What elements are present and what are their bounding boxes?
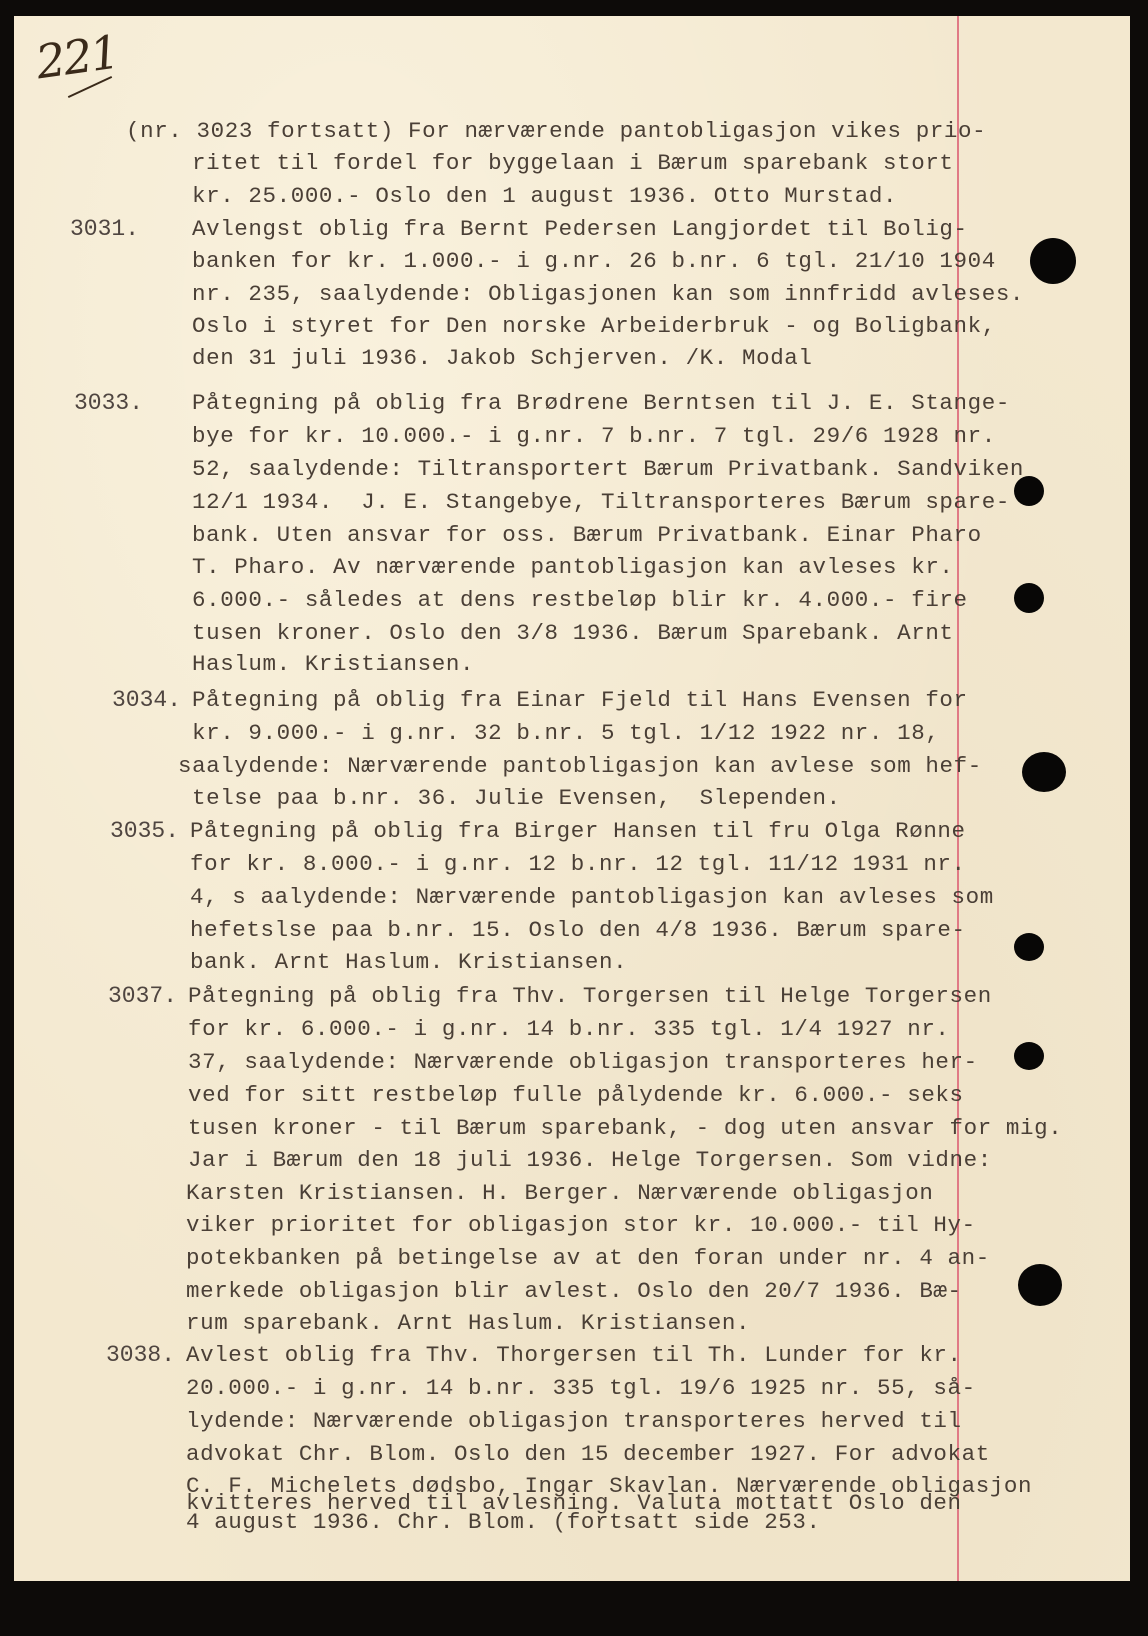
text-line: for kr. 6.000.- i g.nr. 14 b.nr. 335 tgl… [188,1016,950,1042]
text-line: bank. Uten ansvar for oss. Bærum Privatb… [192,522,982,548]
text-line: ritet til fordel for byggelaan i Bærum s… [192,150,954,176]
text-line: kr. 9.000.- i g.nr. 32 b.nr. 5 tgl. 1/12… [192,720,939,746]
text-line: Avlest oblig fra Thv. Thorgersen til Th.… [186,1342,962,1368]
text-line: 20.000.- i g.nr. 14 b.nr. 335 tgl. 19/6 … [186,1375,976,1401]
punch-hole [1022,752,1066,792]
entry-number: 3031. [70,216,139,242]
text-line: rum sparebank. Arnt Haslum. Kristiansen. [186,1310,750,1336]
text-line: telse paa b.nr. 36. Julie Evensen, Slepe… [192,785,841,811]
punch-hole [1018,1264,1062,1306]
text-line: for kr. 8.000.- i g.nr. 12 b.nr. 12 tgl.… [190,851,966,877]
text-line: tusen kroner. Oslo den 3/8 1936. Bærum S… [192,620,954,646]
text-line: 6.000.- således at dens restbeløp blir k… [192,587,968,613]
text-line: (nr. 3023 fortsatt) For nærværende panto… [126,118,986,144]
entry-number: 3035. [110,818,179,844]
text-line: banken for kr. 1.000.- i g.nr. 26 b.nr. … [192,248,996,274]
text-line: T. Pharo. Av nærværende pantobligasjon k… [192,554,954,580]
text-line: Avlengst oblig fra Bernt Pedersen Langjo… [192,216,968,242]
text-line: Karsten Kristiansen. H. Berger. Nærværen… [186,1180,933,1206]
text-line: Jar i Bærum den 18 juli 1936. Helge Torg… [188,1147,992,1173]
text-line: tusen kroner - til Bærum sparebank, - do… [188,1115,1062,1141]
text-line: potekbanken på betingelse av at den fora… [186,1245,990,1271]
text-line: Påtegning på oblig fra Brødrene Berntsen… [192,390,1010,416]
text-line: bank. Arnt Haslum. Kristiansen. [190,949,627,975]
entry-number: 3034. [112,687,181,713]
text-line: 12/1 1934. J. E. Stangebye, Tiltransport… [192,489,1010,515]
punch-hole [1014,476,1044,506]
text-line: Påtegning på oblig fra Thv. Torgersen ti… [188,983,992,1009]
text-line: 52, saalydende: Tiltransportert Bærum Pr… [192,456,1024,482]
entry-number: 3037. [108,983,177,1009]
text-line: Haslum. Kristiansen. [192,651,474,677]
entry-number: 3033. [74,390,143,416]
text-line: bye for kr. 10.000.- i g.nr. 7 b.nr. 7 t… [192,423,996,449]
text-line: 4, s aalydende: Nærværende pantobligasjo… [190,884,994,910]
text-line: Påtegning på oblig fra Einar Fjeld til H… [192,687,968,713]
text-line: 37, saalydende: Nærværende obligasjon tr… [188,1049,978,1075]
text-line: lydende: Nærværende obligasjon transport… [186,1408,962,1434]
text-line: hefetslse paa b.nr. 15. Oslo den 4/8 193… [190,917,966,943]
text-line: kr. 25.000.- Oslo den 1 august 1936. Ott… [192,183,897,209]
punch-hole [1030,238,1076,284]
text-line: 4 august 1936. Chr. Blom. (fortsatt side… [186,1509,821,1535]
text-line: advokat Chr. Blom. Oslo den 15 december … [186,1441,990,1467]
text-line: merkede obligasjon blir avlest. Oslo den… [186,1278,962,1304]
text-line: ved for sitt restbeløp fulle pålydende k… [188,1082,964,1108]
text-line: viker prioritet for obligasjon stor kr. … [186,1212,976,1238]
text-line: Påtegning på oblig fra Birger Hansen til… [190,818,966,844]
text-line: saalydende: Nærværende pantobligasjon ka… [178,753,982,779]
punch-hole [1014,1042,1044,1070]
punch-hole [1014,933,1044,961]
text-line: nr. 235, saalydende: Obligasjonen kan so… [192,281,1024,307]
text-line: Oslo i styret for Den norske Arbeiderbru… [192,313,996,339]
document-page: 221 (nr. 3023 fortsatt) For nærværende p… [14,16,1130,1581]
text-line: den 31 juli 1936. Jakob Schjerven. /K. M… [192,345,813,371]
entry-number: 3038. [106,1342,175,1368]
punch-hole [1014,583,1044,613]
